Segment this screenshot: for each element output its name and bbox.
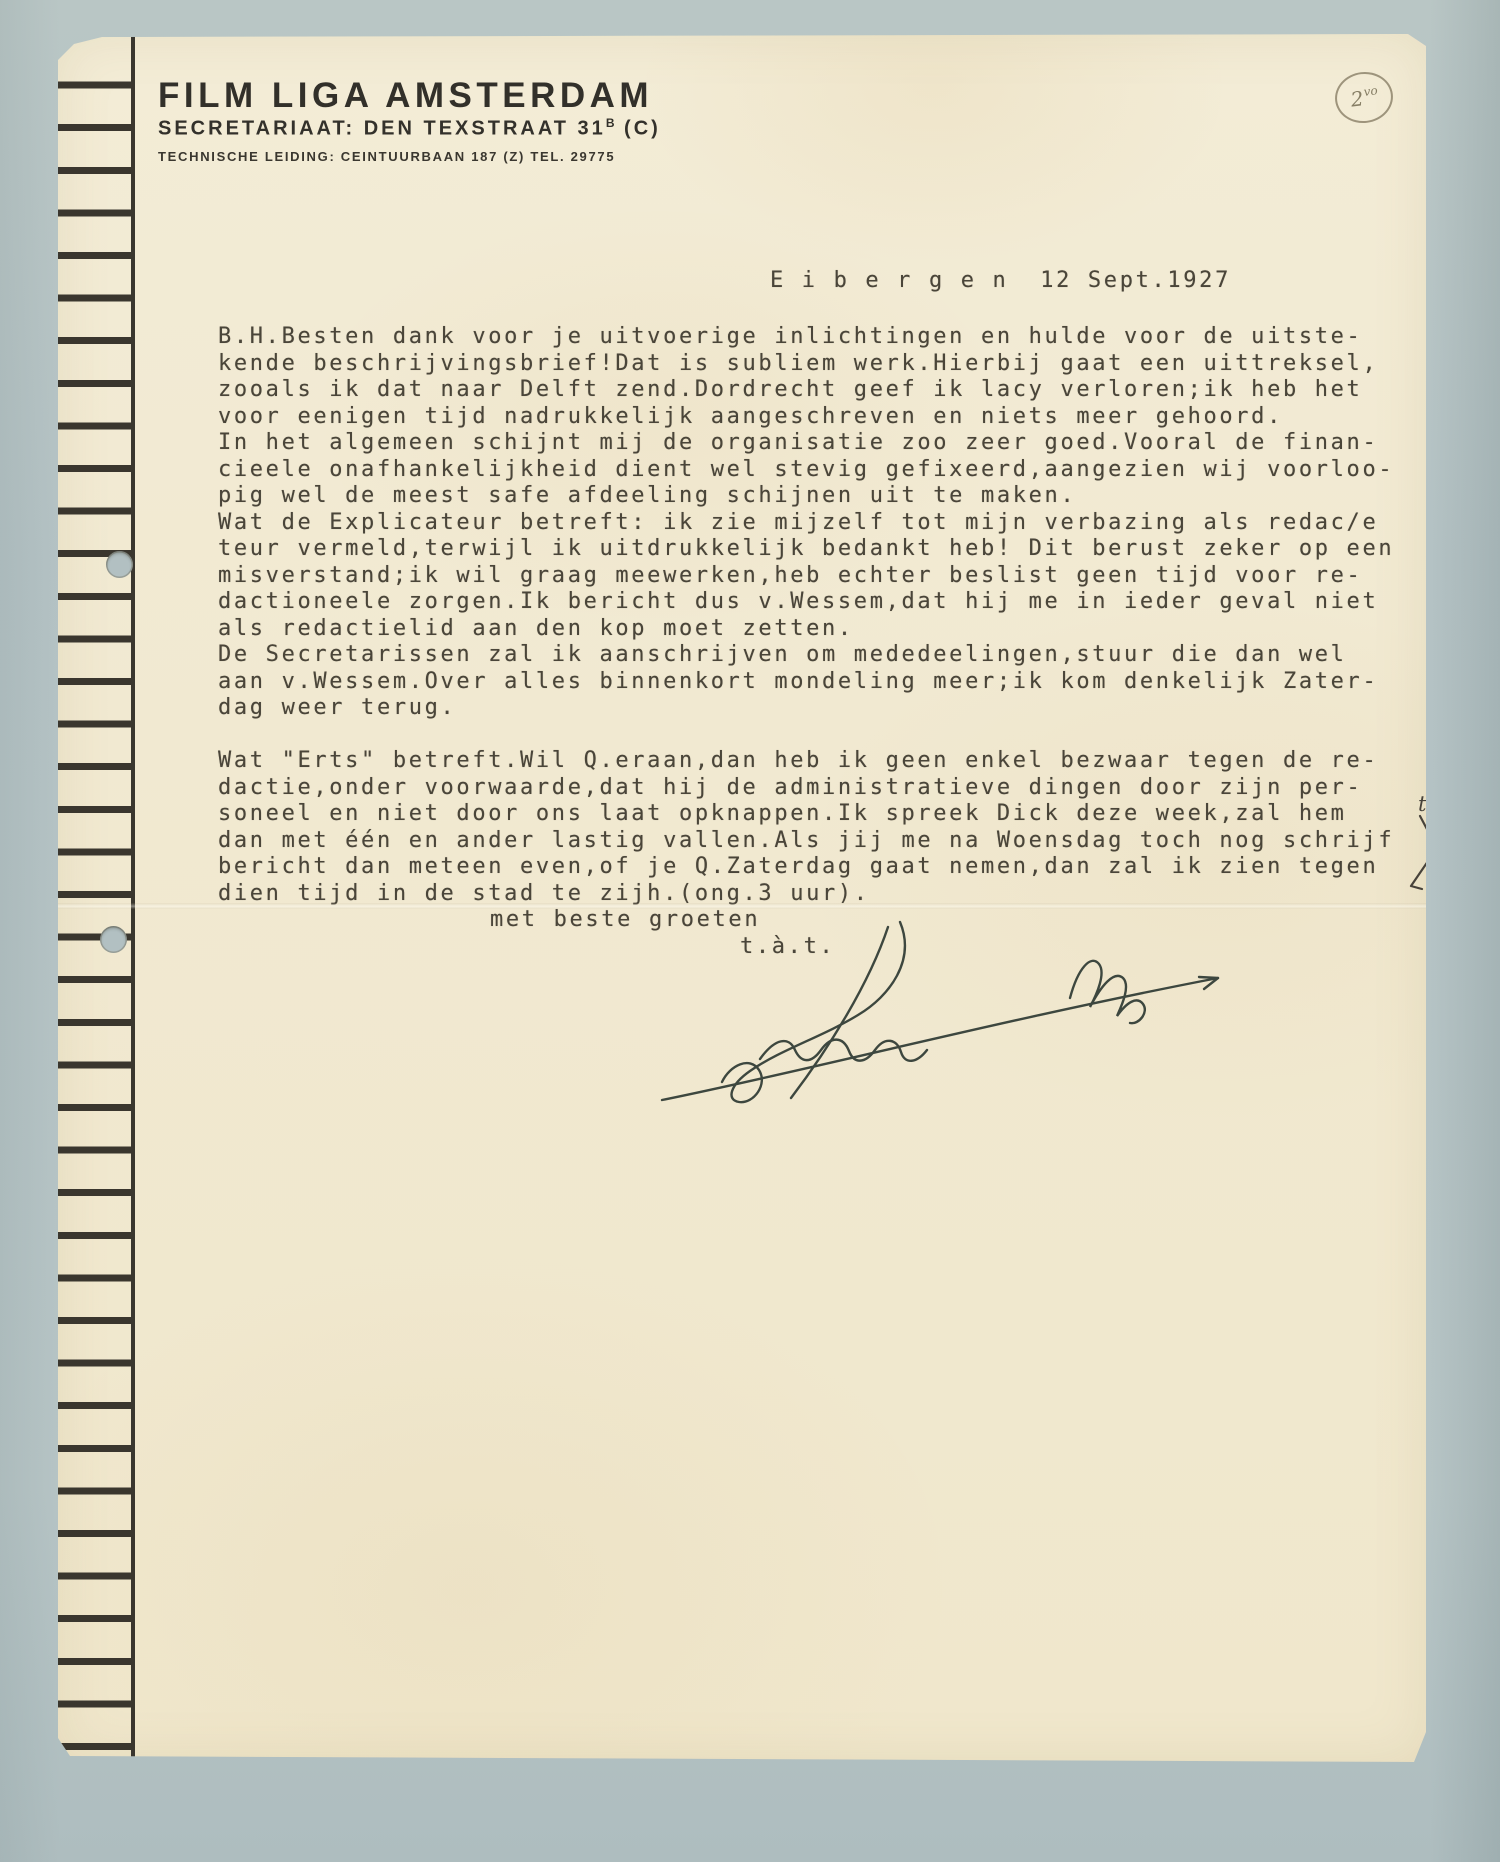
- paragraph-2: Wat "Erts" betreft.Wil Q.eraan,dan heb i…: [218, 748, 1443, 907]
- binding-edge-bars: [58, 46, 131, 1758]
- typed-line: zooals ik dat naar Delft zend.Dordrecht …: [218, 377, 1443, 404]
- typed-line: soneel en niet door ons laat opknappen.I…: [218, 801, 1443, 828]
- letter-paper: FILM LIGA AMSTERDAM SECRETARIAAT: DEN TE…: [58, 34, 1426, 1762]
- typed-line: aan v.Wessem.Over alles binnenkort monde…: [218, 669, 1443, 696]
- typed-line: dan met één en ander lastig vallen.Als j…: [218, 828, 1443, 855]
- letterhead-title: FILM LIGA AMSTERDAM: [158, 76, 653, 116]
- typed-line: als redactielid aan den kop moet zetten.: [218, 616, 1443, 643]
- letter-body: B.H.Besten dank voor je uitvoerige inlic…: [218, 324, 1443, 960]
- typed-line: Wat de Explicateur betreft: ik zie mijze…: [218, 510, 1443, 537]
- punch-hole-bottom: [100, 926, 127, 953]
- typed-line: In het algemeen schijnt mij de organisat…: [218, 430, 1443, 457]
- inserted-letter: t: [1418, 792, 1426, 816]
- typed-line: cieele onafhankelijkheid dient wel stevi…: [218, 457, 1443, 484]
- punch-hole-top: [106, 551, 133, 578]
- typed-line: dactioneele zorgen.Ik bericht dus v.Wess…: [218, 589, 1443, 616]
- secretariat-text: SECRETARIAAT: DEN TEXSTRAAT 31: [158, 118, 606, 140]
- archival-pencil-mark: 2 vo: [1332, 69, 1396, 127]
- typed-line: dag weer terug.: [218, 695, 1443, 722]
- fold-crease: [58, 903, 1426, 909]
- typed-line: kende beschrijvingsbrief!Dat is subliem …: [218, 351, 1443, 378]
- paragraph-1: B.H.Besten dank voor je uitvoerige inlic…: [218, 324, 1443, 722]
- typed-line: teur vermeld,terwijl ik uitdrukkelijk be…: [218, 536, 1443, 563]
- typed-line: B.H.Besten dank voor je uitvoerige inlic…: [218, 324, 1443, 351]
- letterhead-technical-line: TECHNISCHE LEIDING: CEINTUURBAAN 187 (Z)…: [158, 149, 615, 164]
- binding-edge-rule: [131, 34, 135, 1762]
- typed-line: dactie,onder voorwaarde,dat hij de admin…: [218, 775, 1443, 802]
- archival-mark-superscript: vo: [1363, 83, 1379, 99]
- letterhead-secretariat: SECRETARIAAT: DEN TEXSTRAAT 31B (C): [158, 116, 661, 141]
- date-line: E i b e r g e n 12 Sept.1927: [770, 268, 1231, 295]
- typed-line: De Secretarissen zal ik aanschrijven om …: [218, 642, 1443, 669]
- typed-line: voor eenigen tijd nadrukkelijk aangeschr…: [218, 404, 1443, 431]
- typed-line: Wat "Erts" betreft.Wil Q.eraan,dan heb i…: [218, 748, 1443, 775]
- inserted-letter-annotation: t: [1396, 796, 1442, 892]
- typed-line: misverstand;ik wil graag meewerken,heb e…: [218, 563, 1443, 590]
- signature-flourish: [570, 918, 1260, 1123]
- typed-line: pig wel de meest safe afdeeling schijnen…: [218, 483, 1443, 510]
- typed-line: bericht dan meteen even,of je Q.Zaterdag…: [218, 854, 1443, 881]
- secretariat-suffix: (C): [615, 118, 660, 140]
